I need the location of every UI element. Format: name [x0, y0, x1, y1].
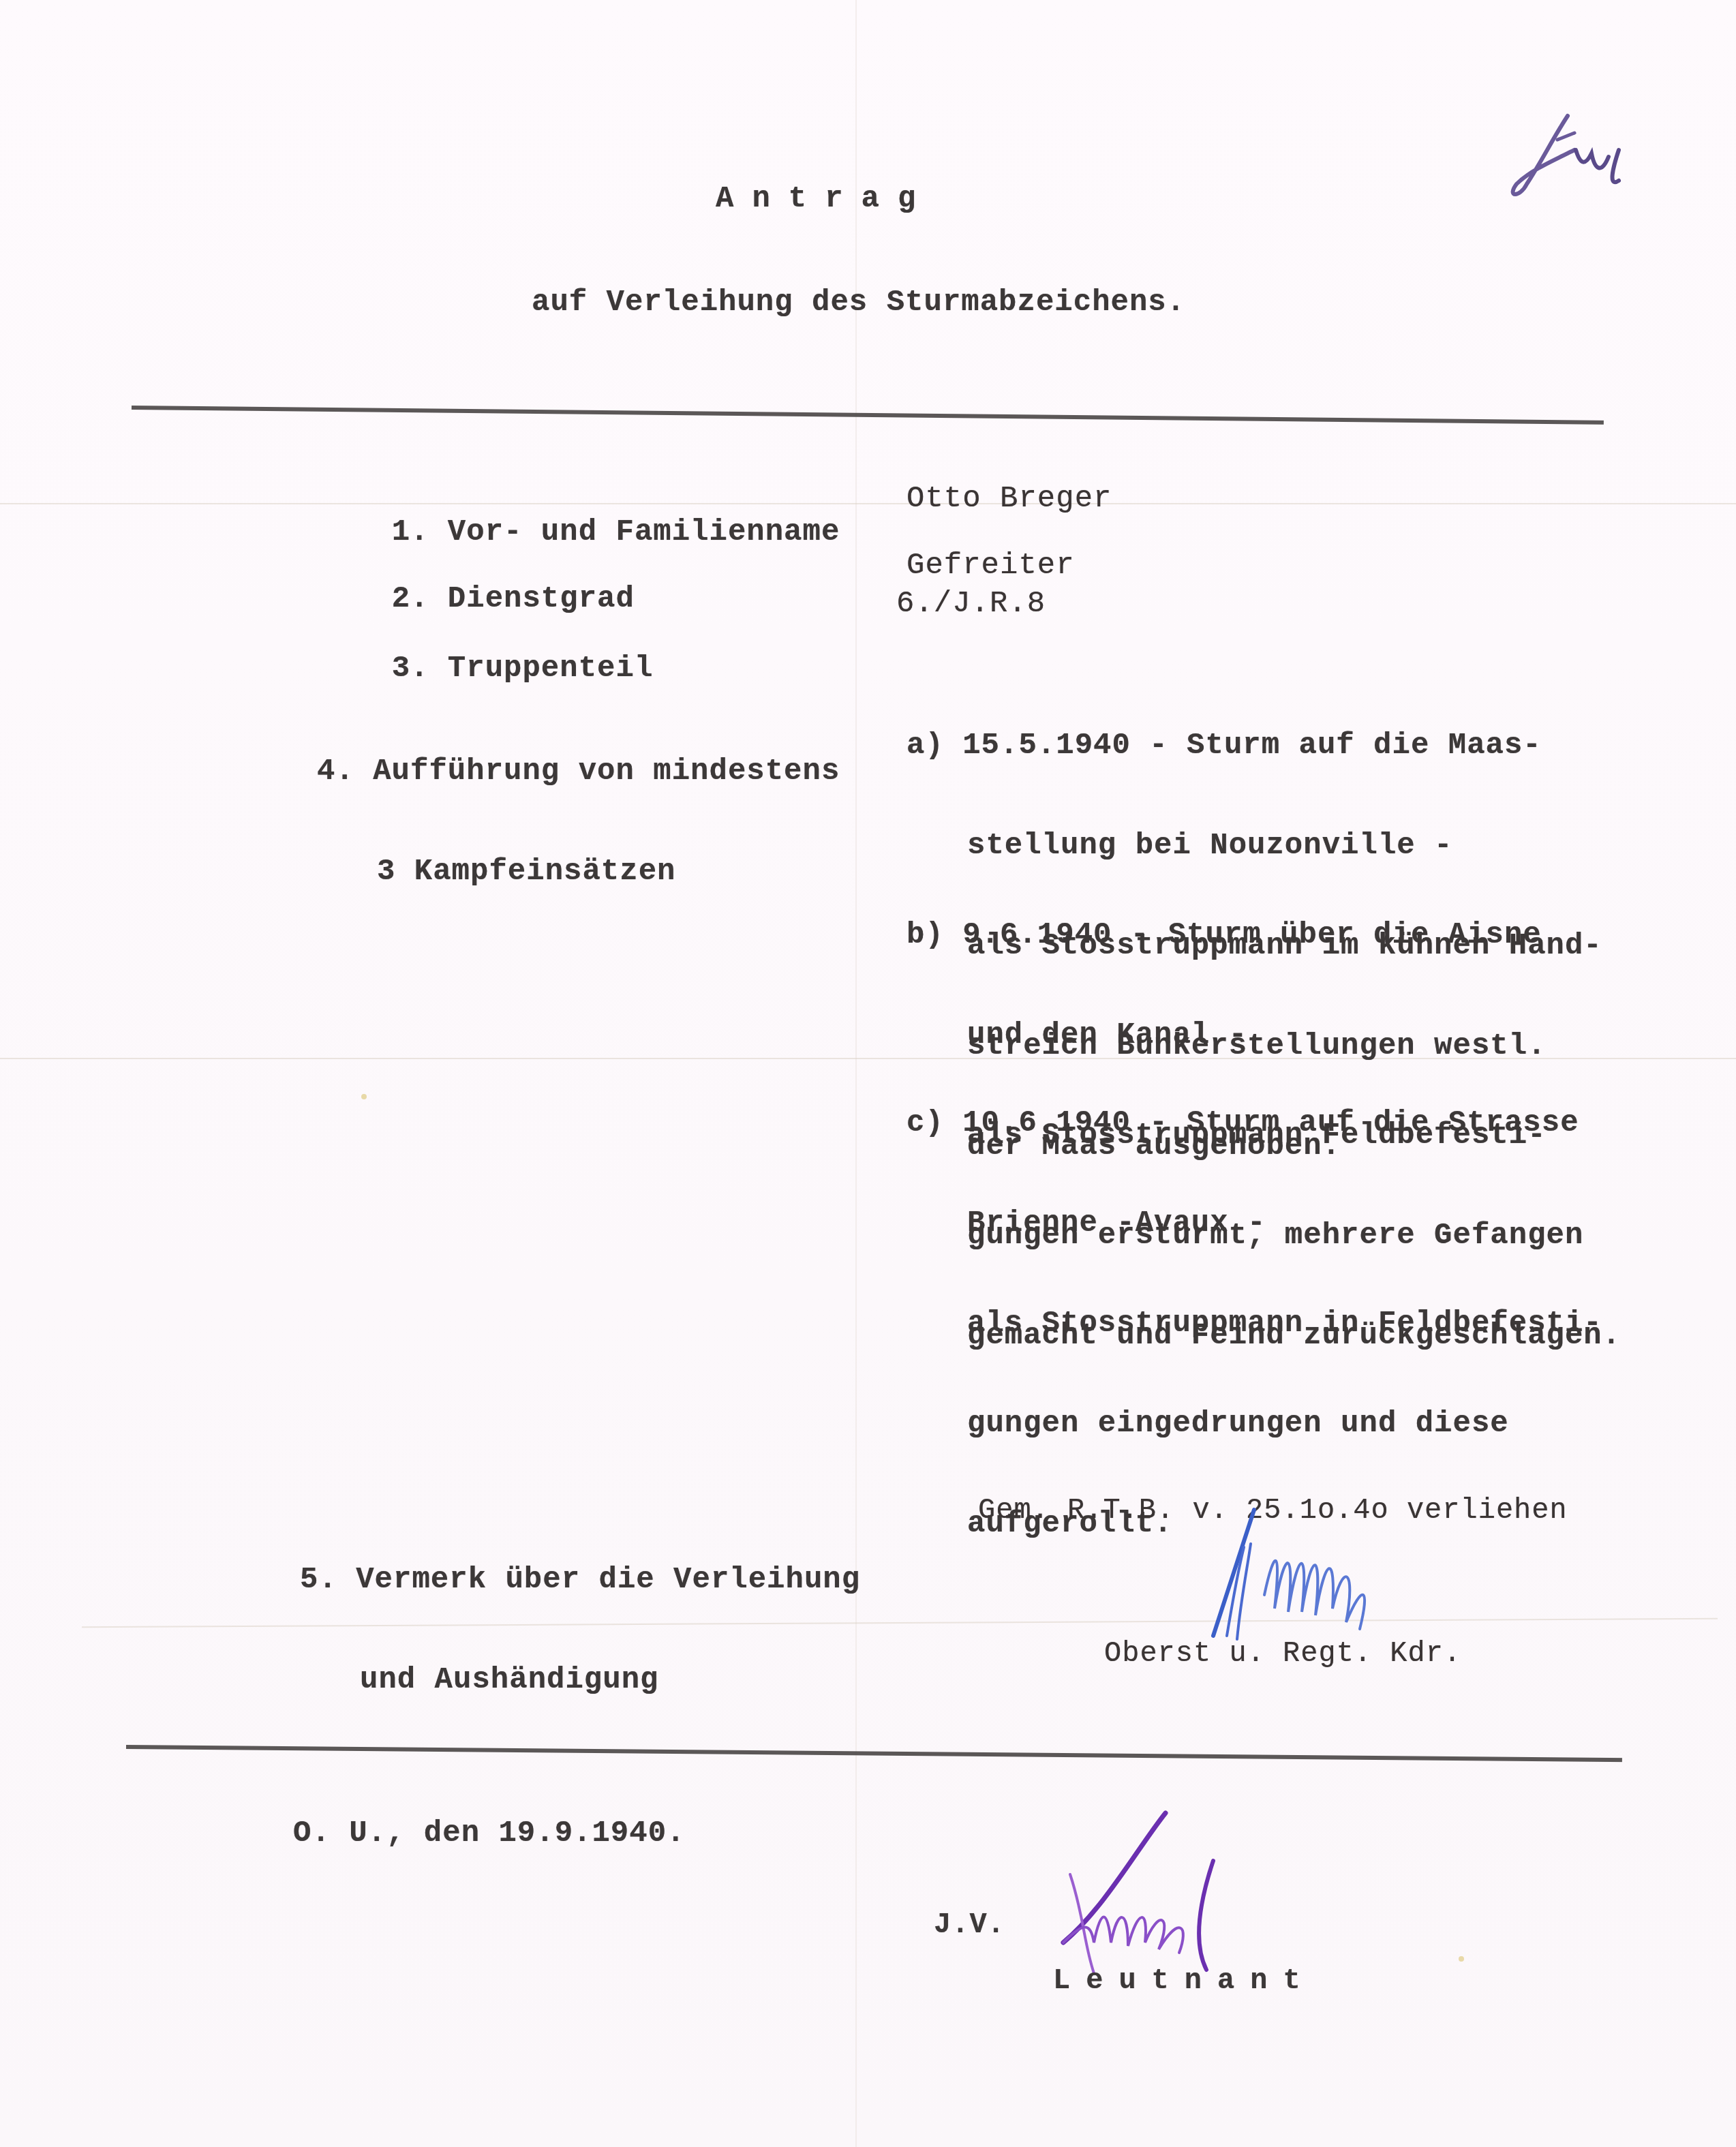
field-3-value: 6./J.R.8 — [896, 588, 1046, 621]
field-number: 1. — [392, 515, 429, 549]
paper-stain — [361, 1094, 367, 1099]
document-subtitle: auf Verleihung des Sturmabzeichens. — [532, 286, 1185, 320]
field-label: Truppenteil — [448, 652, 653, 686]
field-5-label: 5. Vermerk über die Verleihung und Aushä… — [300, 1497, 860, 1764]
horizontal-rule — [132, 406, 1604, 425]
fold-line — [0, 503, 1736, 504]
paper-stain — [1459, 1956, 1464, 1962]
field-number: 2. — [392, 582, 429, 616]
event-marker: a) — [907, 729, 944, 763]
field-number: 3. — [392, 652, 429, 686]
place-and-date: O. U., den 19.9.1940. — [293, 1817, 686, 1851]
lieutenant-signature — [1043, 1806, 1370, 1983]
document-page: Antrag auf Verleihung des Sturmabzeichen… — [0, 0, 1736, 2147]
lieutenant-rank: Leutnant — [1053, 1964, 1316, 1998]
event-marker: c) — [907, 1106, 944, 1140]
event-marker: b) — [907, 918, 944, 952]
field-label: 3 Kampfeinsätzen — [317, 855, 840, 889]
field-label: Vor- und Familienname — [448, 515, 840, 549]
commander-signature — [1200, 1506, 1486, 1643]
commander-title: Oberst u. Regt. Kdr. — [1104, 1637, 1461, 1671]
document-title: Antrag — [716, 183, 934, 216]
field-number: 5. — [300, 1563, 337, 1597]
field-4-label: 4. Aufführung von mindestens 3 Kampfeins… — [317, 688, 840, 956]
field-1-value: Otto Breger — [907, 483, 1112, 516]
field-label: Aufführung von mindestens — [373, 755, 840, 789]
field-2-value: Gefreiter — [907, 549, 1075, 583]
field-label: Dienstgrad — [448, 582, 635, 616]
field-number: 4. — [317, 755, 354, 789]
fold-line — [855, 0, 857, 2147]
initials-signature — [1499, 102, 1649, 211]
jv-abbreviation: J.V. — [934, 1908, 1005, 1942]
